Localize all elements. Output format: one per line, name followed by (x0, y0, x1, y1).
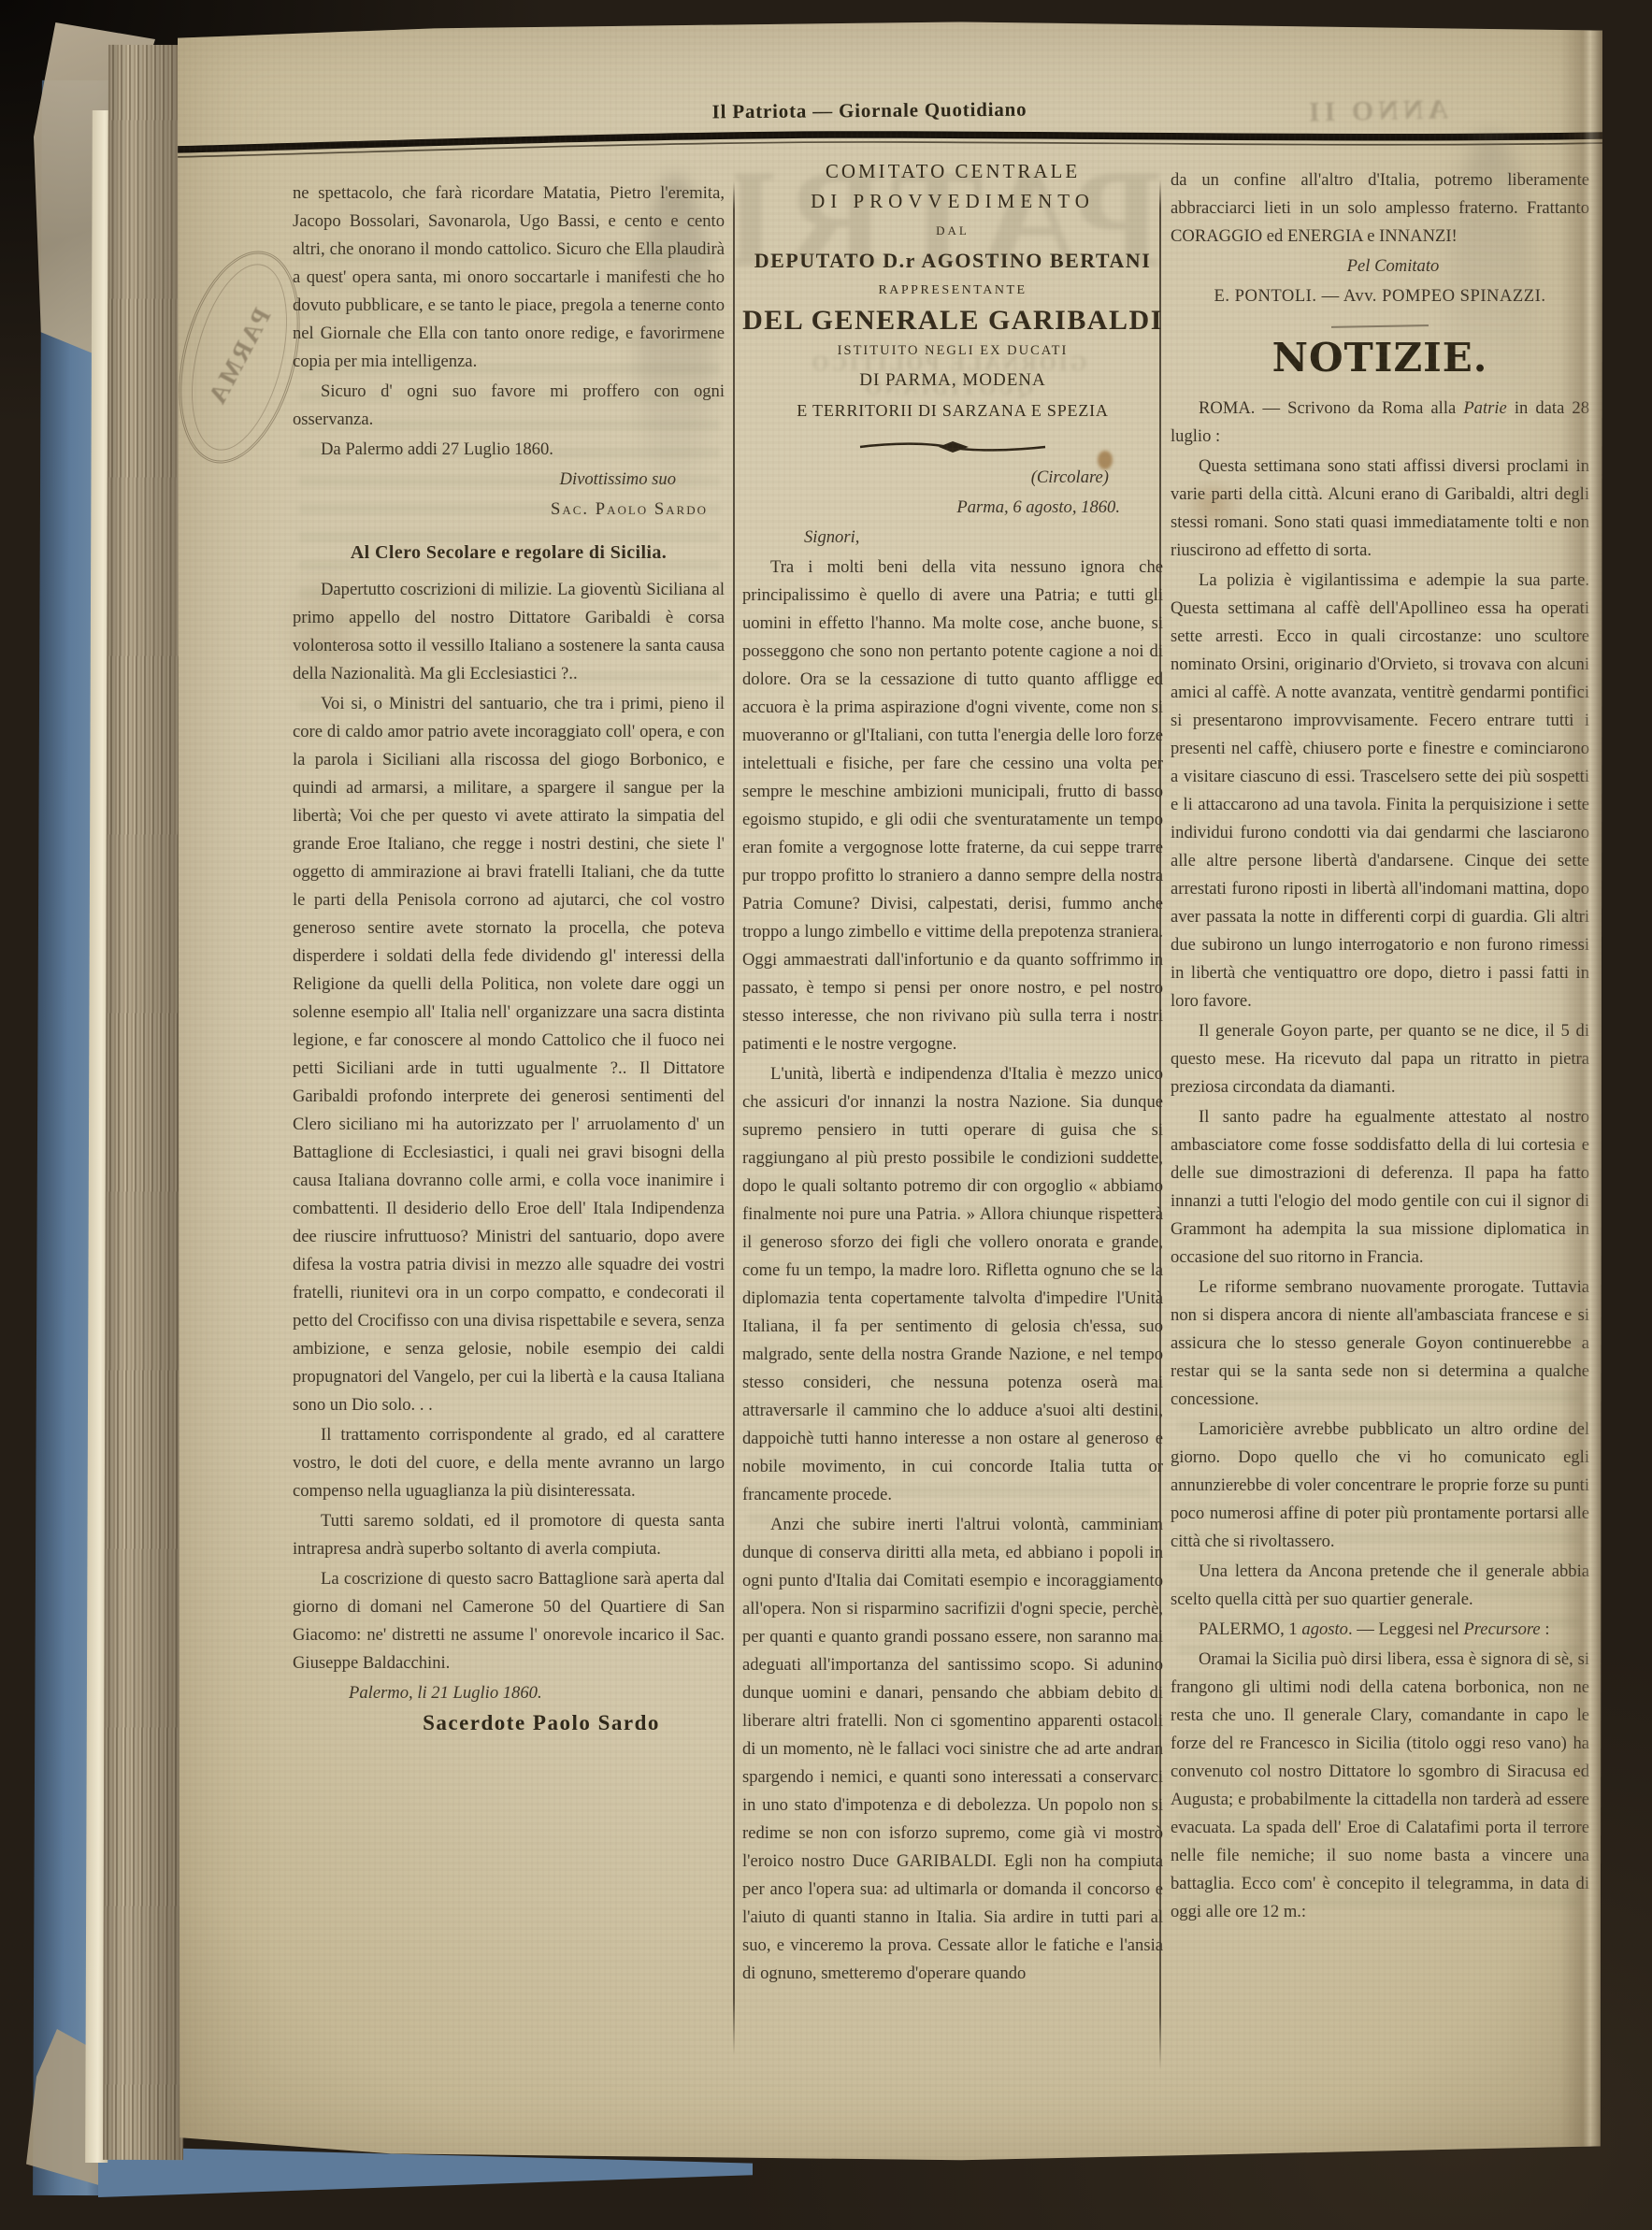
paragraph: Voi si, o Ministri del santuario, che tr… (293, 690, 725, 1419)
paragraph: Tutti saremo soldati, ed il promotore di… (293, 1507, 725, 1563)
news-lead-roma: ROMA. — Scrivono da Roma alla Patrie in … (1171, 395, 1589, 451)
committee-byline: Pel Comitato (1171, 252, 1589, 281)
news-lead-palermo: PALERMO, 1 agosto. — Leggesi nel Precurs… (1171, 1616, 1589, 1644)
column-center: COMITATO CENTRALE DI PROVVEDIMENTO DAL D… (742, 157, 1163, 1990)
paragraph: Una lettera da Ancona pretende che il ge… (1171, 1558, 1589, 1614)
lead-text: : (1541, 1619, 1550, 1639)
committee-header-line: DAL (742, 217, 1163, 245)
committee-header-line: RAPPRESENTANTE (742, 277, 1163, 305)
section-title-notizie: NOTIZIE. (1171, 344, 1589, 372)
column-right: da un confine all'altro d'Italia, potrem… (1171, 166, 1589, 1928)
committee-header-line: E TERRITORII DI SARZANA E SPEZIA (742, 396, 1163, 424)
newspaper-page: PATRIOT GIORNALE POLITICO QUOTIDIANO ANN… (178, 19, 1602, 2165)
committee-signatures: E. PONTOLI. — Avv. POMPEO SPINAZZI. (1171, 282, 1589, 310)
section-divider (1331, 324, 1429, 328)
paragraph: Il generale Goyon parte, per quanto se n… (1171, 1017, 1589, 1101)
dateline: Da Palermo addi 27 Luglio 1860. (293, 436, 725, 464)
paragraph: Il santo padre ha egualmente attestato a… (1171, 1103, 1589, 1272)
paragraph: Oramai la Sicilia può dirsi libera, essa… (1171, 1646, 1589, 1926)
typographic-ornament (742, 436, 1163, 464)
lead-text: . — Leggesi nel (1348, 1619, 1463, 1639)
paragraph: Dapertutto coscrizioni di milizie. La gi… (293, 576, 725, 688)
lead-text: ROMA. — Scrivono da Roma alla (1199, 398, 1463, 418)
page-fold-crease (1559, 19, 1602, 2165)
page-stack-edges (103, 45, 189, 2160)
paragraph: La polizia è vigilantissima e adempie la… (1171, 567, 1589, 1015)
dateline: Palermo, li 21 Luglio 1860. (293, 1679, 725, 1707)
paragraph: Sicuro d' ogni suo favore mi proffero co… (293, 378, 725, 434)
committee-header-line: DEL GENERALE GARIBALDI (742, 307, 1163, 335)
dateline: Parma, 6 agosto, 1860. (742, 494, 1163, 522)
article-heading: Al Clero Secolare e regolare di Sicilia. (345, 539, 672, 567)
paragraph: da un confine all'altro d'Italia, potrem… (1171, 166, 1589, 251)
paragraph: Anzi che subire inerti l'altrui volontà,… (742, 1511, 1163, 1988)
paragraph: La coscrizione di questo sacro Battaglio… (293, 1565, 725, 1677)
salutation: Signori, (742, 524, 1163, 552)
masthead-rule (174, 127, 1604, 159)
cited-journal: Precursore (1463, 1619, 1540, 1639)
committee-header-line: DI PARMA, MODENA (742, 367, 1163, 395)
bound-newspaper-photo: PATRIOT GIORNALE POLITICO QUOTIDIANO ANN… (0, 0, 1652, 2230)
lead-text: PALERMO, 1 (1199, 1619, 1301, 1639)
paragraph: L'unità, libertà e indipendenza d'Italia… (742, 1060, 1163, 1509)
column-left: ne spettacolo, che farà ricordare Matati… (293, 180, 725, 1739)
paragraph: Le riforme sembrano nuovamente prorogate… (1171, 1273, 1589, 1414)
paragraph: Tra i molti beni della vita nessuno igno… (742, 554, 1163, 1058)
committee-header-line: ISTITUITO NEGLI EX DUCATI (742, 337, 1163, 365)
committee-header-line: DEPUTATO D.r AGOSTINO BERTANI (742, 247, 1163, 275)
masthead-title: Il Patriota — Giornale Quotidiano (157, 94, 1582, 128)
committee-header-line: DI PROVVEDIMENTO (742, 187, 1163, 215)
lead-date-italic: agosto (1301, 1619, 1348, 1639)
signature-name: Sac. Paolo Sardo (293, 496, 725, 524)
paragraph: Il trattamento corrispondente al grado, … (293, 1421, 725, 1505)
paragraph: Lamoricière avrebbe pubblicato un altro … (1171, 1416, 1589, 1556)
signature-name: Sacerdote Paolo Sardo (293, 1709, 725, 1737)
cited-journal: Patrie (1463, 398, 1506, 418)
committee-header-line: COMITATO CENTRALE (742, 157, 1163, 185)
signature-role: Divottissimo suo (293, 466, 725, 494)
paragraph: ne spettacolo, che farà ricordare Matati… (293, 180, 725, 376)
circular-label: (Circolare) (742, 464, 1163, 492)
column-rule-left (733, 181, 735, 2055)
paragraph: Questa settimana sono stati affissi dive… (1171, 453, 1589, 565)
